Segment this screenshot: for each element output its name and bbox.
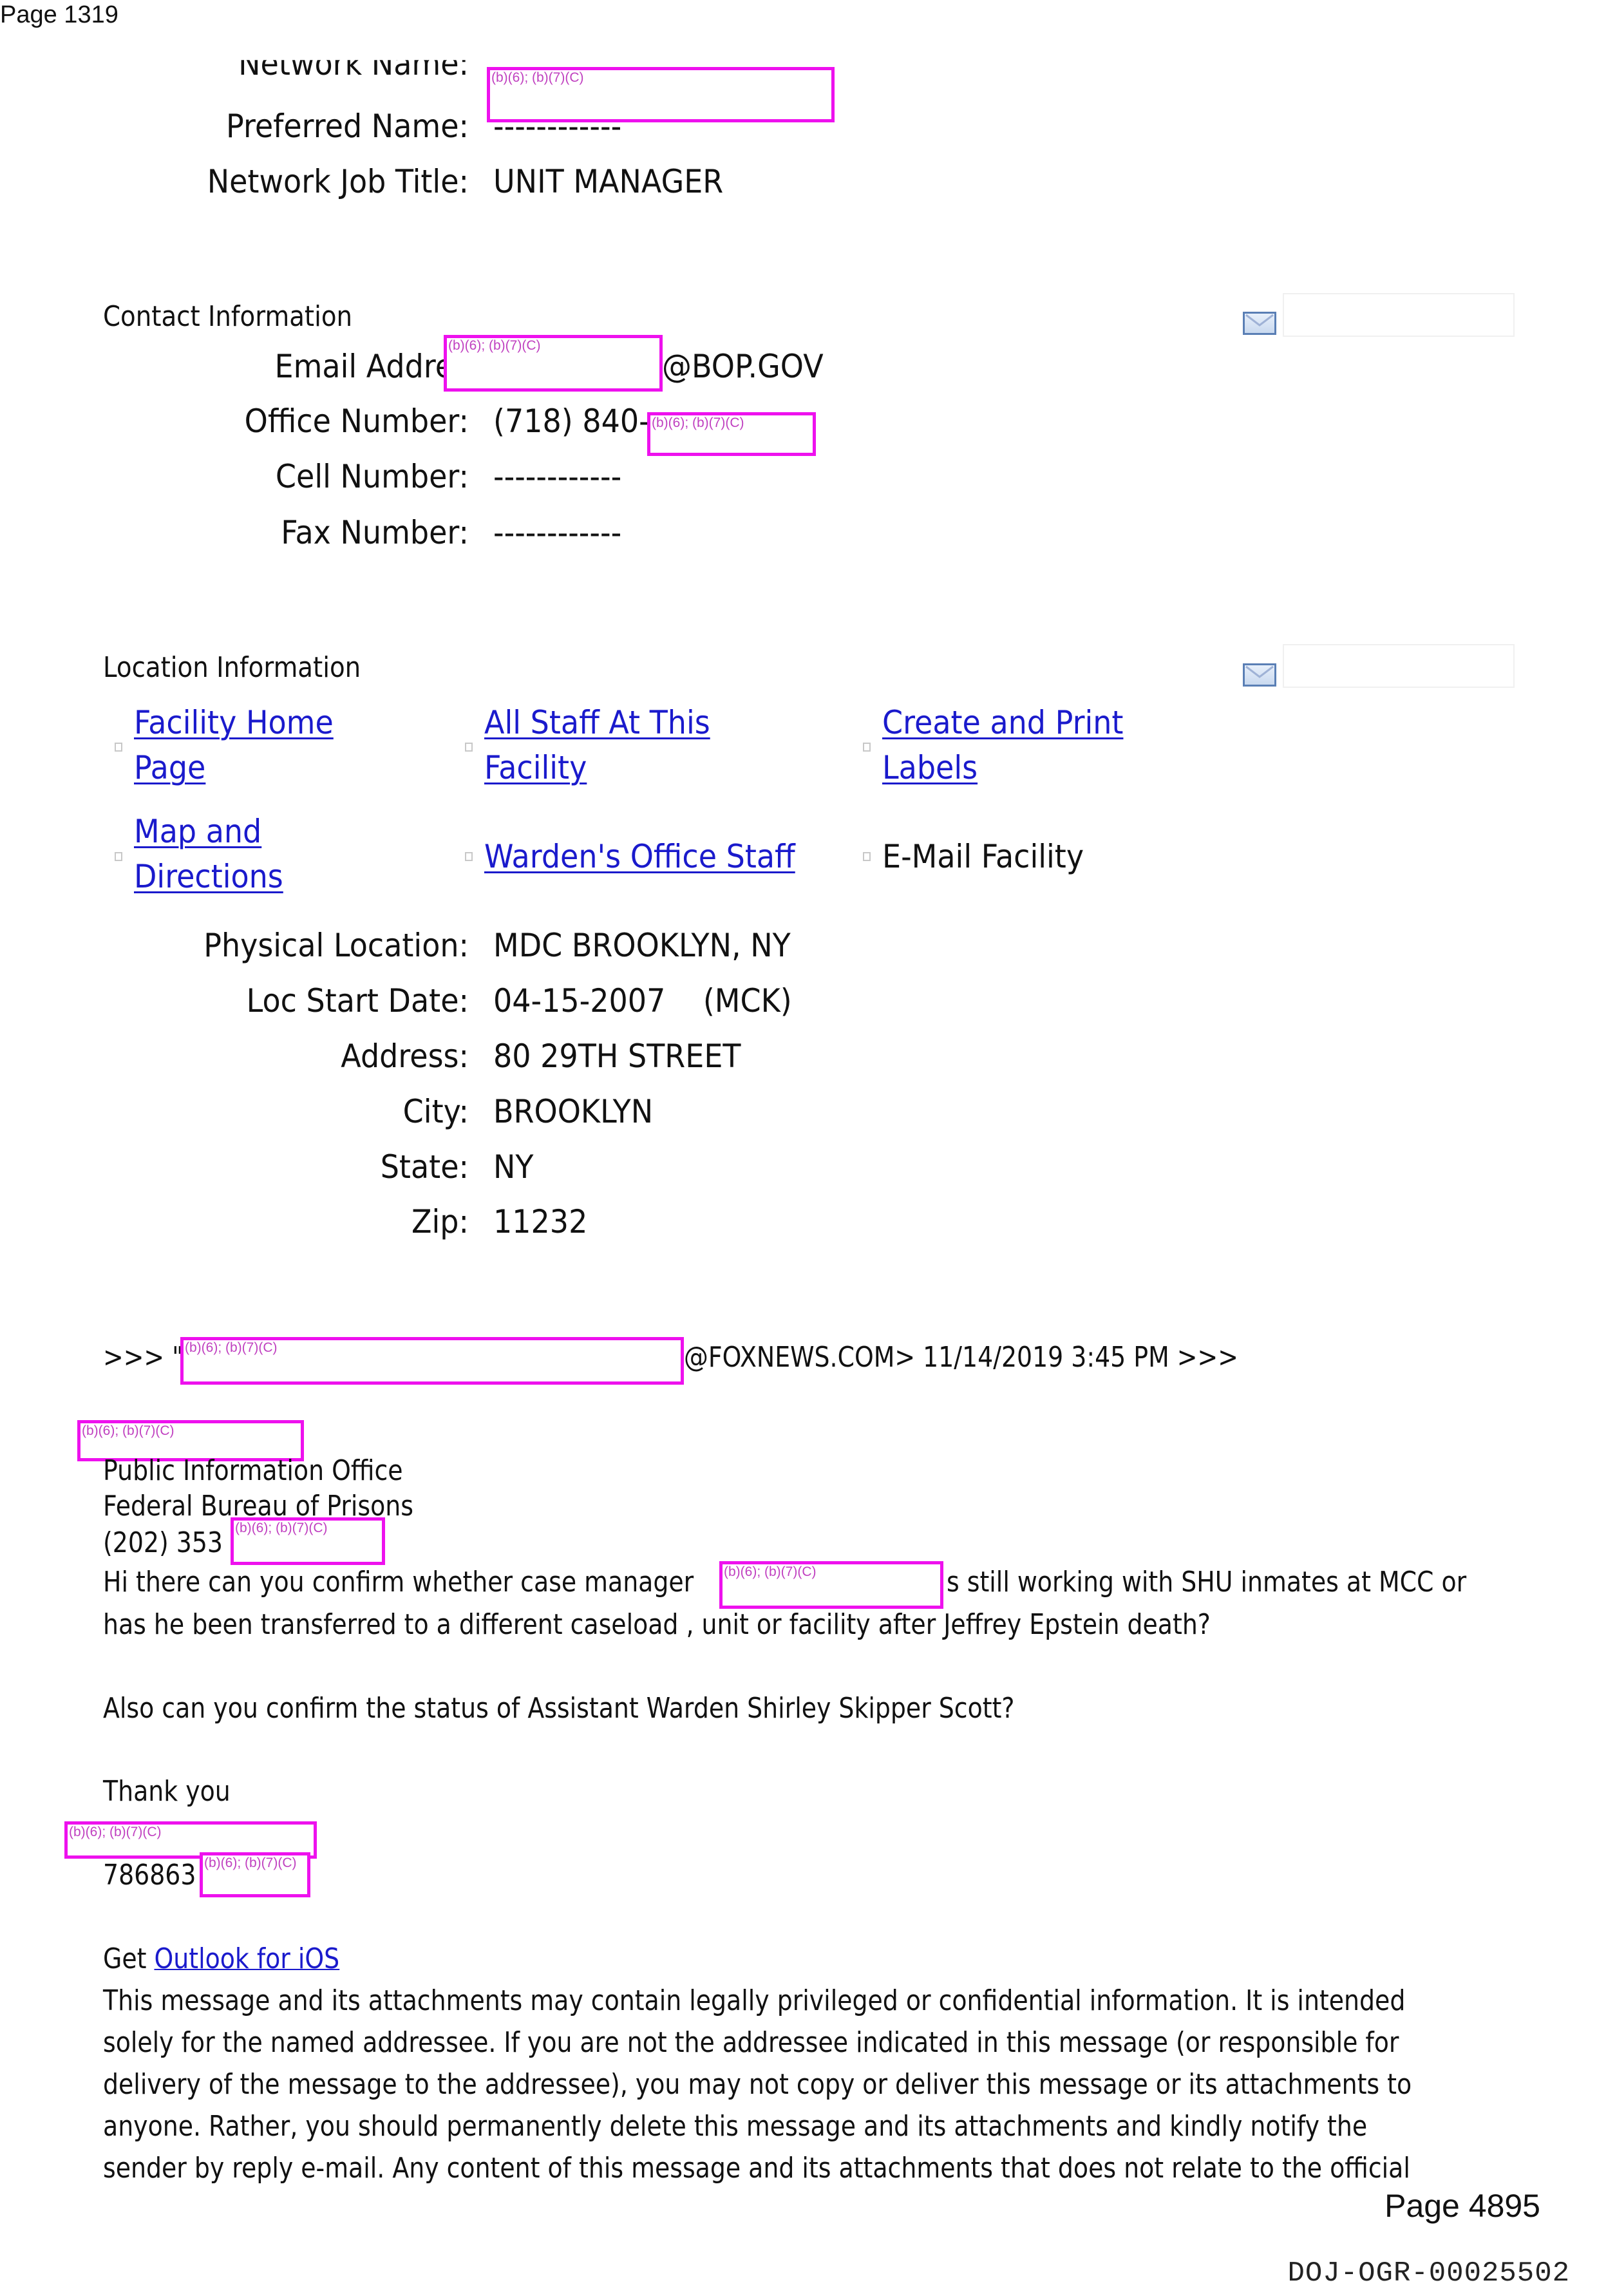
- signature-office: Public Information Office: [103, 1454, 403, 1487]
- all-staff-link[interactable]: All Staff At This Facility: [484, 704, 710, 786]
- redaction-box: (b)(6); (b)(7)(C): [647, 412, 816, 456]
- bullet-icon: [115, 743, 122, 752]
- bullet-icon: [863, 743, 871, 752]
- map-directions-link[interactable]: Map and Directions: [134, 813, 283, 895]
- redaction-box: (b)(6); (b)(7)(C): [180, 1337, 684, 1385]
- job-title-label: Network Job Title:: [113, 163, 469, 200]
- envelope-icon[interactable]: [1243, 663, 1276, 687]
- signature-phone: (202) 353: [103, 1526, 223, 1559]
- body-paragraph-2: Also can you confirm the status of Assis…: [103, 1692, 1015, 1725]
- outlook-for-ios-link[interactable]: Outlook for iOS: [154, 1942, 339, 1975]
- redaction-code: (b)(6); (b)(7)(C): [652, 415, 744, 431]
- loc-start-date-value: 04-15-2007 (MCK): [493, 982, 792, 1020]
- contact-section-title: Contact Information: [103, 300, 352, 333]
- physical-location-label: Physical Location:: [113, 927, 469, 964]
- redaction-code: (b)(6); (b)(7)(C): [204, 1855, 296, 1871]
- fax-number-value: ------------: [493, 514, 621, 551]
- email-facility-label: E-Mail Facility: [882, 838, 1084, 875]
- body-line-2: has he been transferred to a different c…: [103, 1608, 1211, 1641]
- body-phone: 786863: [103, 1859, 196, 1892]
- bates-number: DOJ-OGR-00025502: [1288, 2257, 1570, 2290]
- link-line: All Staff At This: [484, 704, 710, 741]
- physical-location-value: MDC BROOKLYN, NY: [493, 927, 791, 964]
- fax-number-label: Fax Number:: [113, 514, 469, 551]
- cell-number-label: Cell Number:: [113, 458, 469, 495]
- link-line: Create and Print: [882, 704, 1123, 741]
- link-line: Labels: [882, 749, 1123, 786]
- link-line: Facility Home: [134, 704, 334, 741]
- disclaimer-line: solely for the named addressee. If you a…: [103, 2026, 1399, 2059]
- address-value: 80 29TH STREET: [493, 1038, 741, 1075]
- redaction-box: (b)(6); (b)(7)(C): [719, 1561, 943, 1609]
- body-thanks: Thank you: [103, 1775, 231, 1808]
- contact-action-box: [1283, 293, 1515, 337]
- state-label: State:: [113, 1148, 469, 1186]
- body-line-1-end: s still working with SHU inmates at MCC …: [947, 1566, 1466, 1599]
- disclaimer-line: sender by reply e-mail. Any content of t…: [103, 2152, 1410, 2185]
- preferred-name-label: Preferred Name:: [113, 108, 469, 145]
- disclaimer-line: anyone. Rather, you should permanently d…: [103, 2110, 1367, 2143]
- location-section-title: Location Information: [103, 651, 361, 684]
- location-action-box: [1283, 644, 1515, 688]
- get-prefix: Get: [103, 1942, 154, 1975]
- address-label: Address:: [113, 1038, 469, 1075]
- zip-value: 11232: [493, 1203, 587, 1240]
- loc-start-date-label: Loc Start Date:: [113, 982, 469, 1020]
- redaction-code: (b)(6); (b)(7)(C): [69, 1825, 161, 1840]
- page-number-footer: Page 4895: [1384, 2187, 1540, 2225]
- bullet-icon: [115, 852, 122, 861]
- office-number-label: Office Number:: [113, 403, 469, 440]
- bullet-icon: [465, 852, 473, 861]
- link-line: Facility: [484, 749, 710, 786]
- quoted-header-prefix: >>> ": [103, 1341, 184, 1374]
- email-domain: @BOP.GOV: [662, 348, 824, 385]
- city-value: BROOKLYN: [493, 1093, 653, 1130]
- create-print-labels-link[interactable]: Create and Print Labels: [882, 704, 1123, 786]
- wardens-office-staff-link[interactable]: Warden's Office Staff: [484, 838, 795, 875]
- redaction-code: (b)(6); (b)(7)(C): [185, 1340, 277, 1356]
- envelope-icon[interactable]: [1243, 312, 1276, 335]
- state-value: NY: [493, 1148, 534, 1186]
- redaction-code: (b)(6); (b)(7)(C): [724, 1564, 816, 1580]
- disclaimer-line: delivery of the message to the addressee…: [103, 2068, 1412, 2101]
- job-title-value: UNIT MANAGER: [493, 163, 723, 200]
- redaction-code: (b)(6); (b)(7)(C): [235, 1521, 327, 1536]
- facility-home-page-link[interactable]: Facility Home Page: [134, 704, 334, 786]
- office-number-value: (718) 840-: [493, 403, 650, 440]
- redaction-box: (b)(6); (b)(7)(C): [231, 1517, 385, 1565]
- zip-label: Zip:: [113, 1203, 469, 1240]
- cell-number-value: ------------: [493, 458, 621, 495]
- get-outlook-line: Get Outlook for iOS: [103, 1942, 339, 1975]
- link-line: Page: [134, 749, 334, 786]
- redaction-box: (b)(6); (b)(7)(C): [200, 1852, 310, 1897]
- redaction-code: (b)(6); (b)(7)(C): [448, 338, 540, 354]
- city-label: City:: [113, 1093, 469, 1130]
- redaction-code: (b)(6); (b)(7)(C): [82, 1423, 174, 1439]
- disclaimer-line: This message and its attachments may con…: [103, 1984, 1405, 2017]
- preferred-name-value: ------------: [493, 108, 621, 145]
- body-line-1-start: Hi there can you confirm whether case ma…: [103, 1566, 694, 1599]
- network-name-label: Network Name:: [113, 45, 469, 82]
- redaction-code: (b)(6); (b)(7)(C): [491, 70, 583, 86]
- bullet-icon: [465, 743, 473, 752]
- redaction-box: (b)(6); (b)(7)(C): [444, 335, 663, 392]
- link-line: Map and: [134, 813, 283, 850]
- link-line: Directions: [134, 858, 283, 895]
- email-label: Email Addres: [113, 348, 469, 385]
- bullet-icon: [863, 852, 871, 861]
- page-number-header: Page 1319: [0, 1, 118, 29]
- quoted-header-sender-date: @FOXNEWS.COM> 11/14/2019 3:45 PM >>>: [684, 1341, 1238, 1374]
